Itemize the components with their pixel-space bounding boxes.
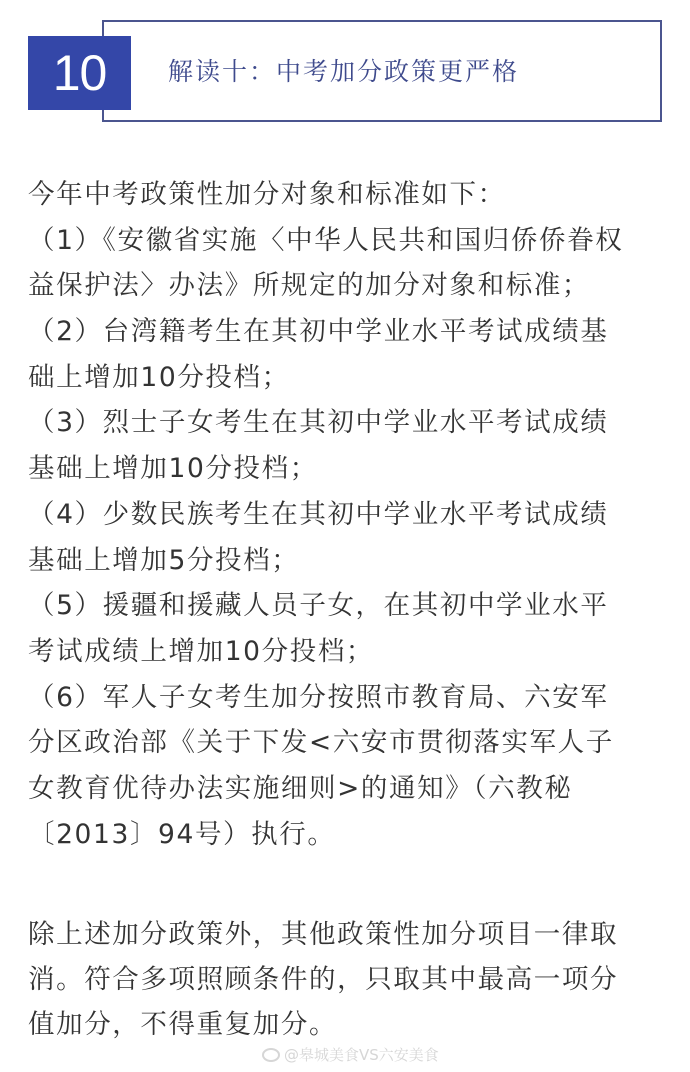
section-title: 解读十：中考加分政策更严格 xyxy=(168,52,519,92)
text-line: 益保护法〉办法》所规定的加分对象和标准； xyxy=(28,263,668,309)
text-line: 除上述加分政策外，其他政策性加分项目一律取 xyxy=(28,912,668,957)
text-line: 基础上增加10分投档； xyxy=(28,446,668,492)
text-line: 考试成绩上增加10分投档； xyxy=(28,629,668,675)
text-line: （5）援疆和援藏人员子女，在其初中学业水平 xyxy=(28,583,668,629)
text-line: 〔2013〕94号）执行。 xyxy=(28,812,668,858)
watermark-text: @皋城美食VS六安美食 xyxy=(284,1044,439,1065)
text-line: 今年中考政策性加分对象和标准如下： xyxy=(28,172,668,218)
text-line: 分区政治部《关于下发<六安市贯彻落实军人子 xyxy=(28,720,668,766)
text-line: （1）《安徽省实施〈中华人民共和国归侨侨眷权 xyxy=(28,218,668,264)
text-line: （6）军人子女考生加分按照市教育局、六安军 xyxy=(28,675,668,721)
summary-paragraph: 除上述加分政策外，其他政策性加分项目一律取 消。符合多项照顾条件的，只取其中最高… xyxy=(28,912,668,1047)
text-line: （3）烈士子女考生在其初中学业水平考试成绩 xyxy=(28,400,668,446)
site-logo-watermark xyxy=(540,1032,680,1068)
policy-list-paragraph: 今年中考政策性加分对象和标准如下： （1）《安徽省实施〈中华人民共和国归侨侨眷权… xyxy=(28,172,668,857)
text-line: （4）少数民族考生在其初中学业水平考试成绩 xyxy=(28,492,668,538)
text-line: 础上增加10分投档； xyxy=(28,355,668,401)
section-number-badge: 10 xyxy=(28,36,131,110)
weibo-icon xyxy=(262,1048,280,1062)
text-line: 基础上增加5分投档； xyxy=(28,538,668,584)
weibo-watermark: @皋城美食VS六安美食 xyxy=(262,1044,439,1065)
text-line: （2）台湾籍考生在其初中学业水平考试成绩基 xyxy=(28,309,668,355)
text-line: 女教育优待办法实施细则>的通知》（六教秘 xyxy=(28,766,668,812)
text-line: 消。符合多项照顾条件的，只取其中最高一项分 xyxy=(28,957,668,1002)
